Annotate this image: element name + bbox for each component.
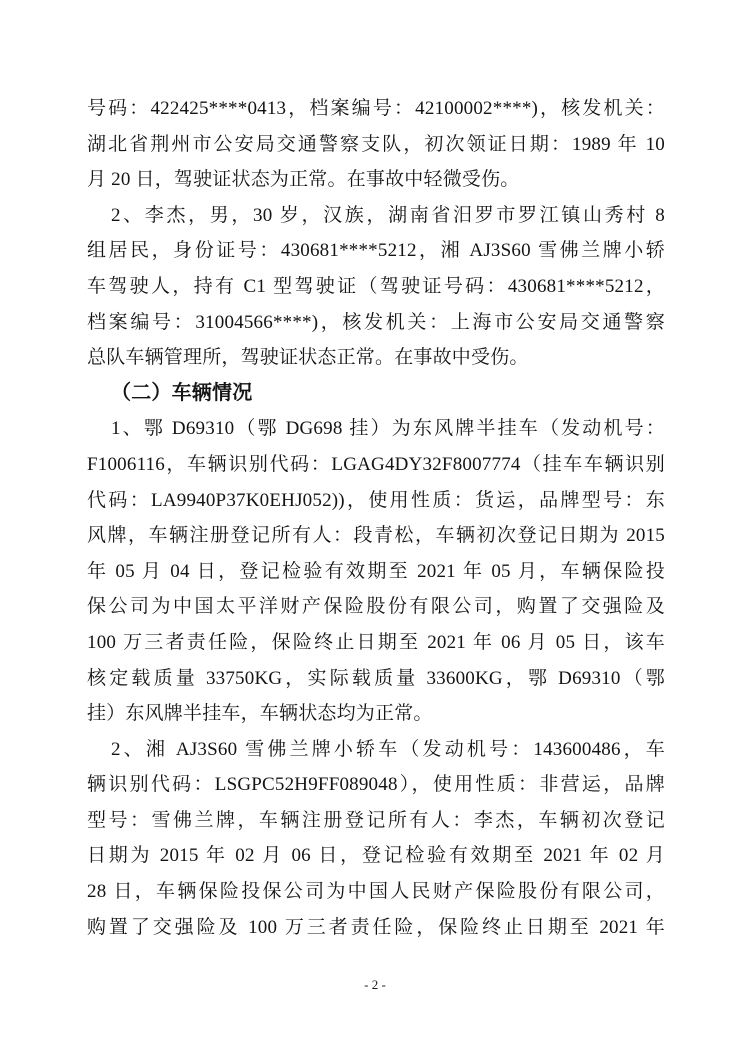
- text-line: 车驾驶人，持有 C1 型驾驶证（驾驶证号码：430681****5212，: [87, 269, 665, 305]
- text-line: 组居民，身份证号：430681****5212，湘 AJ3S60 雪佛兰牌小轿: [87, 233, 665, 269]
- text-line: 购置了交强险及 100 万三者责任险，保险终止日期至 2021 年: [87, 910, 665, 946]
- text-line: 型号：雪佛兰牌，车辆注册登记所有人：李杰，车辆初次登记: [87, 803, 665, 839]
- document-page: 号码：422425****0413，档案编号：42100002****)，核发机…: [0, 0, 750, 1060]
- text-line: F1006116，车辆识别代码：LGAG4DY32F8007774（挂车车辆识别: [87, 447, 665, 483]
- text-line-paragraph-start: 1、鄂 D69310（鄂 DG698 挂）为东风牌半挂车（发动机号：: [87, 411, 665, 447]
- text-line-paragraph-start: 2、湘 AJ3S60 雪佛兰牌小轿车（发动机号：143600486，车: [87, 732, 665, 768]
- text-line: 辆识别代码：LSGPC52H9FF089048），使用性质：非营运，品牌: [87, 767, 665, 803]
- document-body: 号码：422425****0413，档案编号：42100002****)，核发机…: [87, 91, 665, 945]
- text-line: 年 05 月 04 日，登记检验有效期至 2021 年 05 月，车辆保险投: [87, 554, 665, 590]
- text-line: 月 20 日，驾驶证状态为正常。在事故中轻微受伤。: [87, 162, 665, 198]
- text-line: 保公司为中国太平洋财产保险股份有限公司，购置了交强险及: [87, 589, 665, 625]
- text-line: 风牌，车辆注册登记所有人：段青松，车辆初次登记日期为 2015: [87, 518, 665, 554]
- text-line: 代码：LA9940P37K0EHJ052))，使用性质：货运，品牌型号：东: [87, 483, 665, 519]
- text-line-paragraph-start: 2、李杰，男，30 岁，汉族，湖南省汨罗市罗江镇山秀村 8: [87, 198, 665, 234]
- page-number: - 2 -: [0, 977, 750, 993]
- text-line: 号码：422425****0413，档案编号：42100002****)，核发机…: [87, 91, 665, 127]
- text-line: 100 万三者责任险，保险终止日期至 2021 年 06 月 05 日，该车: [87, 625, 665, 661]
- section-heading-vehicle-info: （二）车辆情况: [87, 376, 665, 412]
- text-line: 核定载质量 33750KG，实际载质量 33600KG，鄂 D69310（鄂 D…: [87, 661, 665, 697]
- text-line: 28 日，车辆保险投保公司为中国人民财产保险股份有限公司，: [87, 874, 665, 910]
- text-line: 日期为 2015 年 02 月 06 日，登记检验有效期至 2021 年 02 …: [87, 838, 665, 874]
- text-line: 湖北省荆州市公安局交通警察支队，初次领证日期：1989 年 10: [87, 127, 665, 163]
- text-line: 总队车辆管理所，驾驶证状态正常。在事故中受伤。: [87, 340, 665, 376]
- text-line: 档案编号：31004566****)，核发机关：上海市公安局交通警察: [87, 305, 665, 341]
- text-line: 挂）东风牌半挂车，车辆状态均为正常。: [87, 696, 665, 732]
